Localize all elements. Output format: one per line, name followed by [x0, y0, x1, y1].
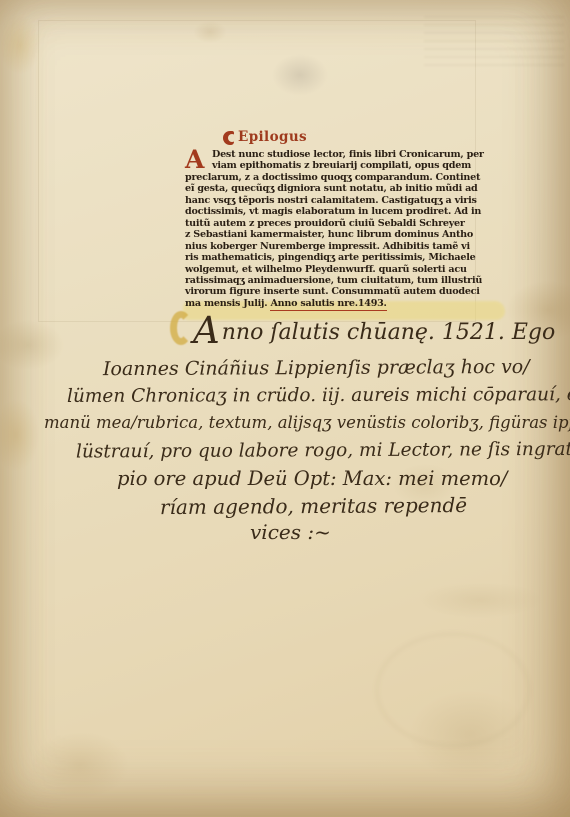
manuscript-line: vices :~ — [250, 520, 331, 544]
manuscript-line: pio ore apud Deü Opt: Max: mei memo/ — [117, 467, 507, 490]
manuscript-line: Anno ſalutis chūanę. 1521. Ego — [193, 316, 555, 346]
manuscript-initial: A — [193, 309, 222, 352]
manuscript-line: Ioannes Cináñius Lippienſis præclaʒ hoc … — [103, 356, 530, 380]
manuscript-inscription: Anno ſalutis chūanę. 1521. Ego Ioannes C… — [0, 0, 570, 817]
manuscript-line: ríam agendo, meritas rependē — [160, 493, 467, 519]
manuscript-line: lümen Chronicaʒ in crüdo. iij. aureis mi… — [67, 384, 570, 407]
manuscript-line-text: nno ſalutis chūanę. 1521. Ego — [222, 320, 556, 345]
manuscript-line: lüstrauí, pro quo labore rogo, mi Lector… — [76, 439, 570, 463]
manuscript-line: manü mea/rubrica, textum, alijsqʒ venüst… — [44, 413, 570, 432]
parchment-page: Epilogus A Dest nunc studiose lector, fi… — [0, 0, 570, 817]
